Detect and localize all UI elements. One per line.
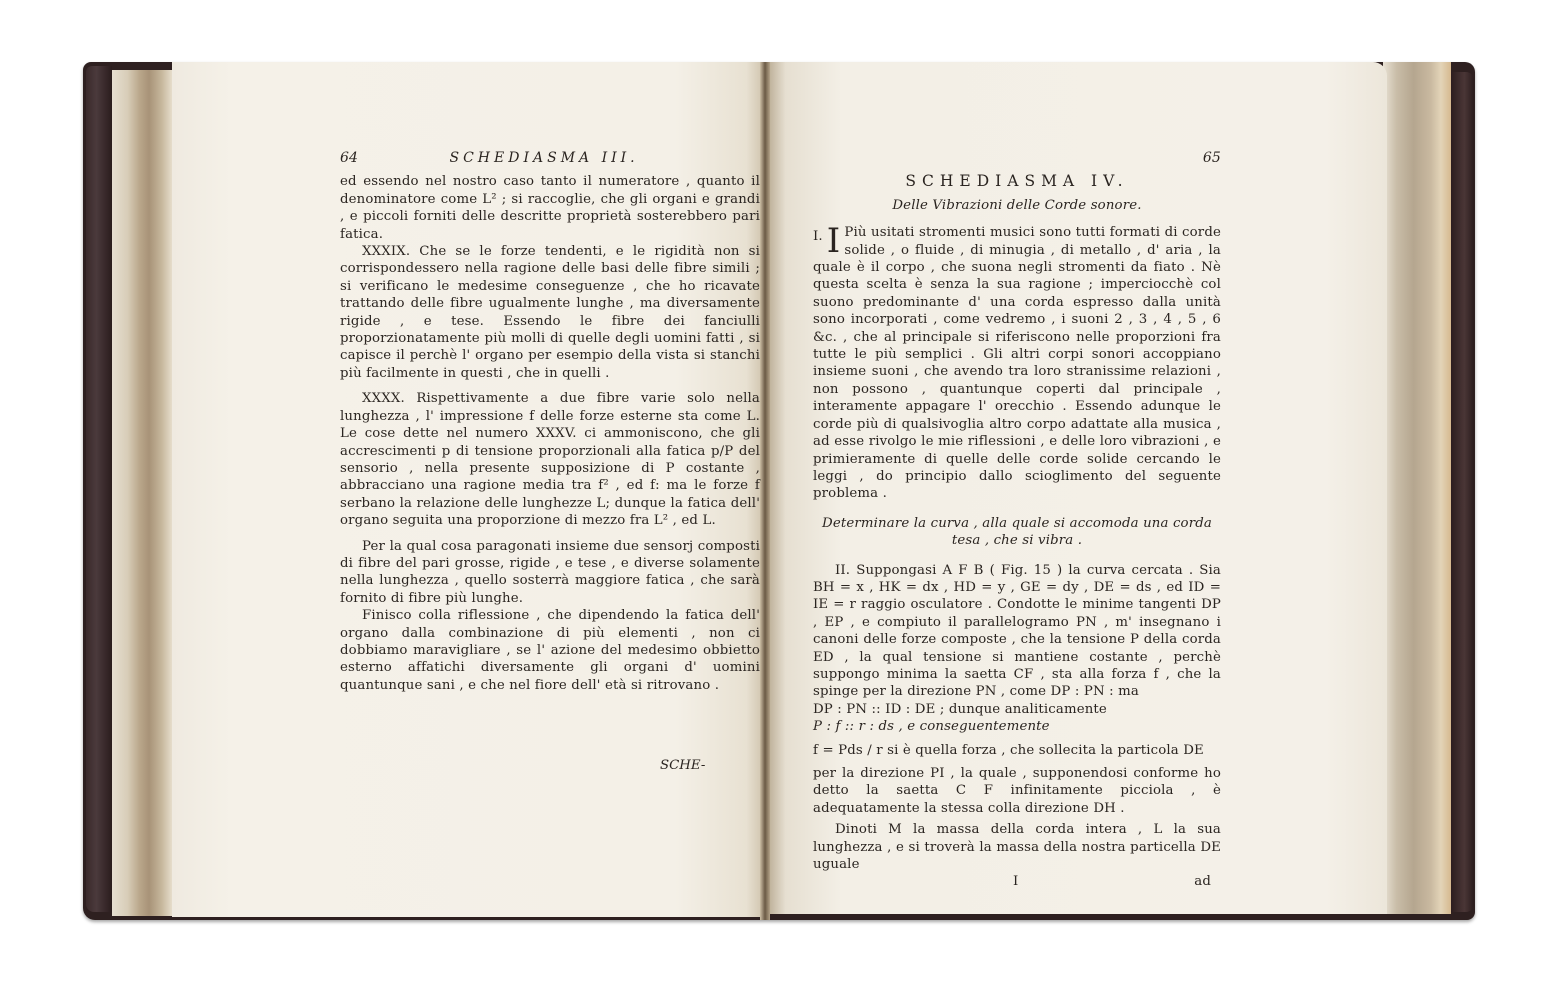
right-catchword: ad xyxy=(1194,873,1211,890)
proportion-line: DP : PN :: ID : DE ; dunque analiticamen… xyxy=(813,701,1221,718)
page-block-right-edge xyxy=(1383,62,1451,914)
drop-cap: I xyxy=(827,226,841,256)
paragraph-xxxx: XXXX. Rispettivamente a due fibre varie … xyxy=(340,390,760,529)
left-page-number: 64 xyxy=(340,150,358,167)
page-block-left-edge xyxy=(112,70,174,916)
section-i-label: I. xyxy=(813,228,823,245)
right-page-number: 65 xyxy=(1203,150,1221,167)
signature-mark: I xyxy=(1013,873,1018,890)
book-gutter xyxy=(760,62,770,920)
signature-line: I ad xyxy=(813,873,1221,890)
problem-statement: Determinare la curva , alla quale si acc… xyxy=(813,515,1221,550)
formula-line: f = Pds / r si è quella forza , che soll… xyxy=(813,742,1221,759)
left-running-title: SCHEDIASMA III. xyxy=(450,150,639,167)
left-running-head: 64 SCHEDIASMA III. xyxy=(340,150,760,167)
right-running-head: 65 xyxy=(813,150,1221,167)
paragraph: per la direzione PI , la quale , suppone… xyxy=(813,765,1221,817)
left-catchword: SCHE- xyxy=(660,758,705,773)
proportion-line: P : f :: r : ds , e conseguentemente xyxy=(813,718,1221,735)
chapter-subtitle: Delle Vibrazioni delle Corde sonore. xyxy=(813,197,1221,214)
left-page-text: 64 SCHEDIASMA III. ed essendo nel nostro… xyxy=(340,150,760,694)
section-ii: II. Suppongasi A F B ( Fig. 15 ) la curv… xyxy=(813,562,1221,701)
section-i-text: Più usitati stromenti musici sono tutti … xyxy=(813,225,1221,501)
paragraph: ed essendo nel nostro caso tanto il nume… xyxy=(340,173,760,243)
cover-left-edge xyxy=(86,66,112,912)
section-i: I. I Più usitati stromenti musici sono t… xyxy=(813,224,1221,503)
paragraph-xxxix: XXXIX. Che se le forze tendenti, e le ri… xyxy=(340,243,760,382)
paragraph: Per la qual cosa paragonati insieme due … xyxy=(340,538,760,608)
right-page-text: 65 SCHEDIASMA IV. Delle Vibrazioni delle… xyxy=(813,150,1221,891)
paragraph: Finisco colla riflessione , che dipenden… xyxy=(340,607,760,694)
chapter-title: SCHEDIASMA IV. xyxy=(813,173,1221,190)
paragraph: Dinoti M la massa della corda intera , L… xyxy=(813,821,1221,873)
cover-right-edge xyxy=(1450,72,1474,912)
